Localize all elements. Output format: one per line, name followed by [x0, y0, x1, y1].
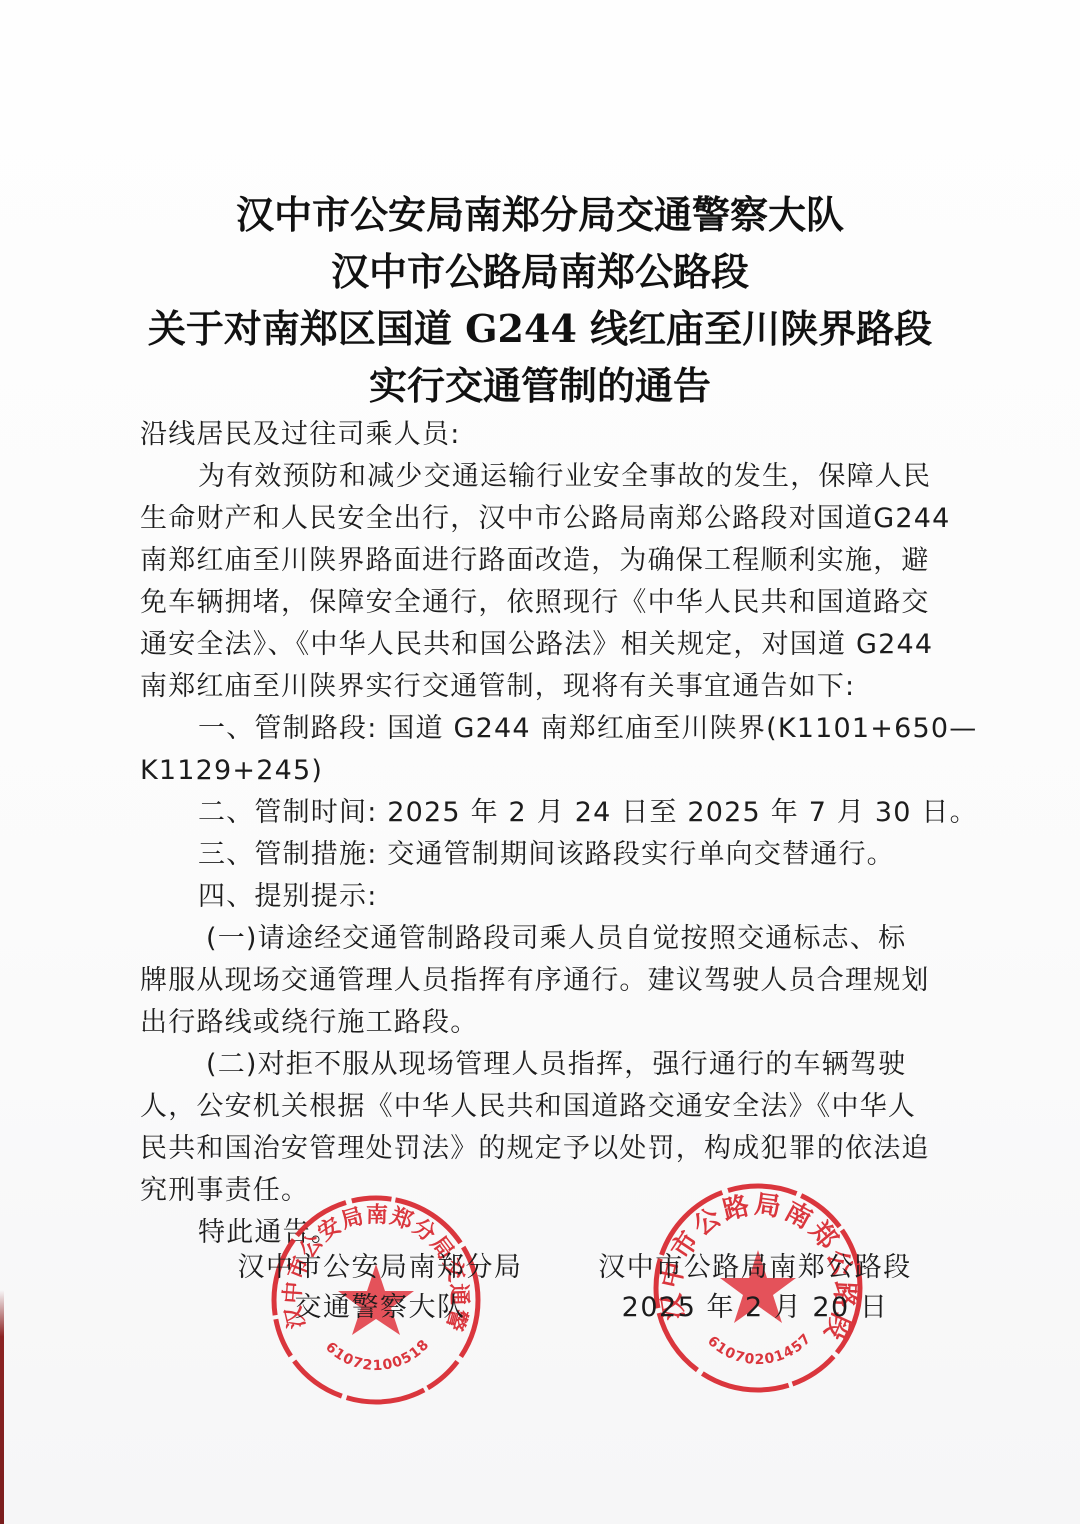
sub-item-2-line: (二)对拒不服从现场管理人员指挥，强行通行的车辆驾驶: [140, 1044, 950, 1086]
sub-item-1-line: 出行路线或绕行施工路段。: [140, 1002, 950, 1044]
body-paragraph-line: 为有效预防和减少交通运输行业安全事故的发生，保障人民: [140, 456, 950, 498]
notice-title: 汉中市公安局南郑分局交通警察大队 汉中市公路局南郑公路段 关于对南郑区国道 G2…: [0, 186, 1080, 414]
body-paragraph-line: 免车辆拥堵，保障安全通行，依照现行《中华人民共和国道路交: [140, 582, 950, 624]
body-paragraph-line: 通安全法》、《中华人民共和国公路法》相关规定，对国道 G244: [140, 624, 950, 666]
item-control-section: 一、管制路段: 国道 G244 南郑红庙至川陕界(K1101+650—: [140, 708, 950, 750]
body-paragraph-line: 南郑红庙至川陕界实行交通管制，现将有关事宜通告如下:: [140, 666, 950, 708]
signature-police-line2: 交通警察大队: [230, 1288, 530, 1328]
title-line-issuer-highway: 汉中市公路局南郑公路段: [0, 243, 1080, 300]
title-line-issuer-police: 汉中市公安局南郑分局交通警察大队: [0, 186, 1080, 243]
document-page: 汉中市公安局南郑分局交通警察大队 汉中市公路局南郑公路段 关于对南郑区国道 G2…: [0, 0, 1080, 1524]
signature-date: 2025 年 2 月 20 日: [590, 1288, 920, 1328]
salutation: 沿线居民及过往司乘人员:: [140, 414, 950, 456]
item-control-measures: 三、管制措施: 交通管制期间该路段实行单向交替通行。: [140, 834, 950, 876]
paper-edge-shadow: [0, 1290, 4, 1524]
signature-highway-name: 汉中市公路局南郑公路段: [590, 1248, 920, 1288]
signature-police: 汉中市公安局南郑分局 交通警察大队: [230, 1248, 530, 1328]
sub-item-1-line: 牌服从现场交通管理人员指挥有序通行。建议驾驶人员合理规划: [140, 960, 950, 1002]
item-control-section-cont: K1129+245): [140, 750, 950, 792]
signature-police-line1: 汉中市公安局南郑分局: [230, 1248, 530, 1288]
title-line-subject: 关于对南郑区国道 G244 线红庙至川陕界路段: [0, 300, 1080, 357]
body-paragraph-line: 生命财产和人民安全出行，汉中市公路局南郑公路段对国道G244: [140, 498, 950, 540]
sub-item-2-line: 人，公安机关根据《中华人民共和国道路交通安全法》《中华人: [140, 1086, 950, 1128]
sub-item-2-line: 民共和国治安管理处罚法》的规定予以处罚，构成犯罪的依法追: [140, 1128, 950, 1170]
notice-body: 沿线居民及过往司乘人员: 为有效预防和减少交通运输行业安全事故的发生，保障人民 …: [140, 414, 950, 1254]
body-paragraph-line: 南郑红庙至川陕界路面进行路面改造，为确保工程顺利实施，避: [140, 540, 950, 582]
title-line-notice: 实行交通管制的通告: [0, 357, 1080, 414]
item-control-time: 二、管制时间: 2025 年 2 月 24 日至 2025 年 7 月 30 日…: [140, 792, 950, 834]
item-special-notice: 四、提别提示:: [140, 876, 950, 918]
sub-item-1-line: (一)请途经交通管制路段司乘人员自觉按照交通标志、标: [140, 918, 950, 960]
signature-highway: 汉中市公路局南郑公路段 2025 年 2 月 20 日: [590, 1248, 920, 1328]
